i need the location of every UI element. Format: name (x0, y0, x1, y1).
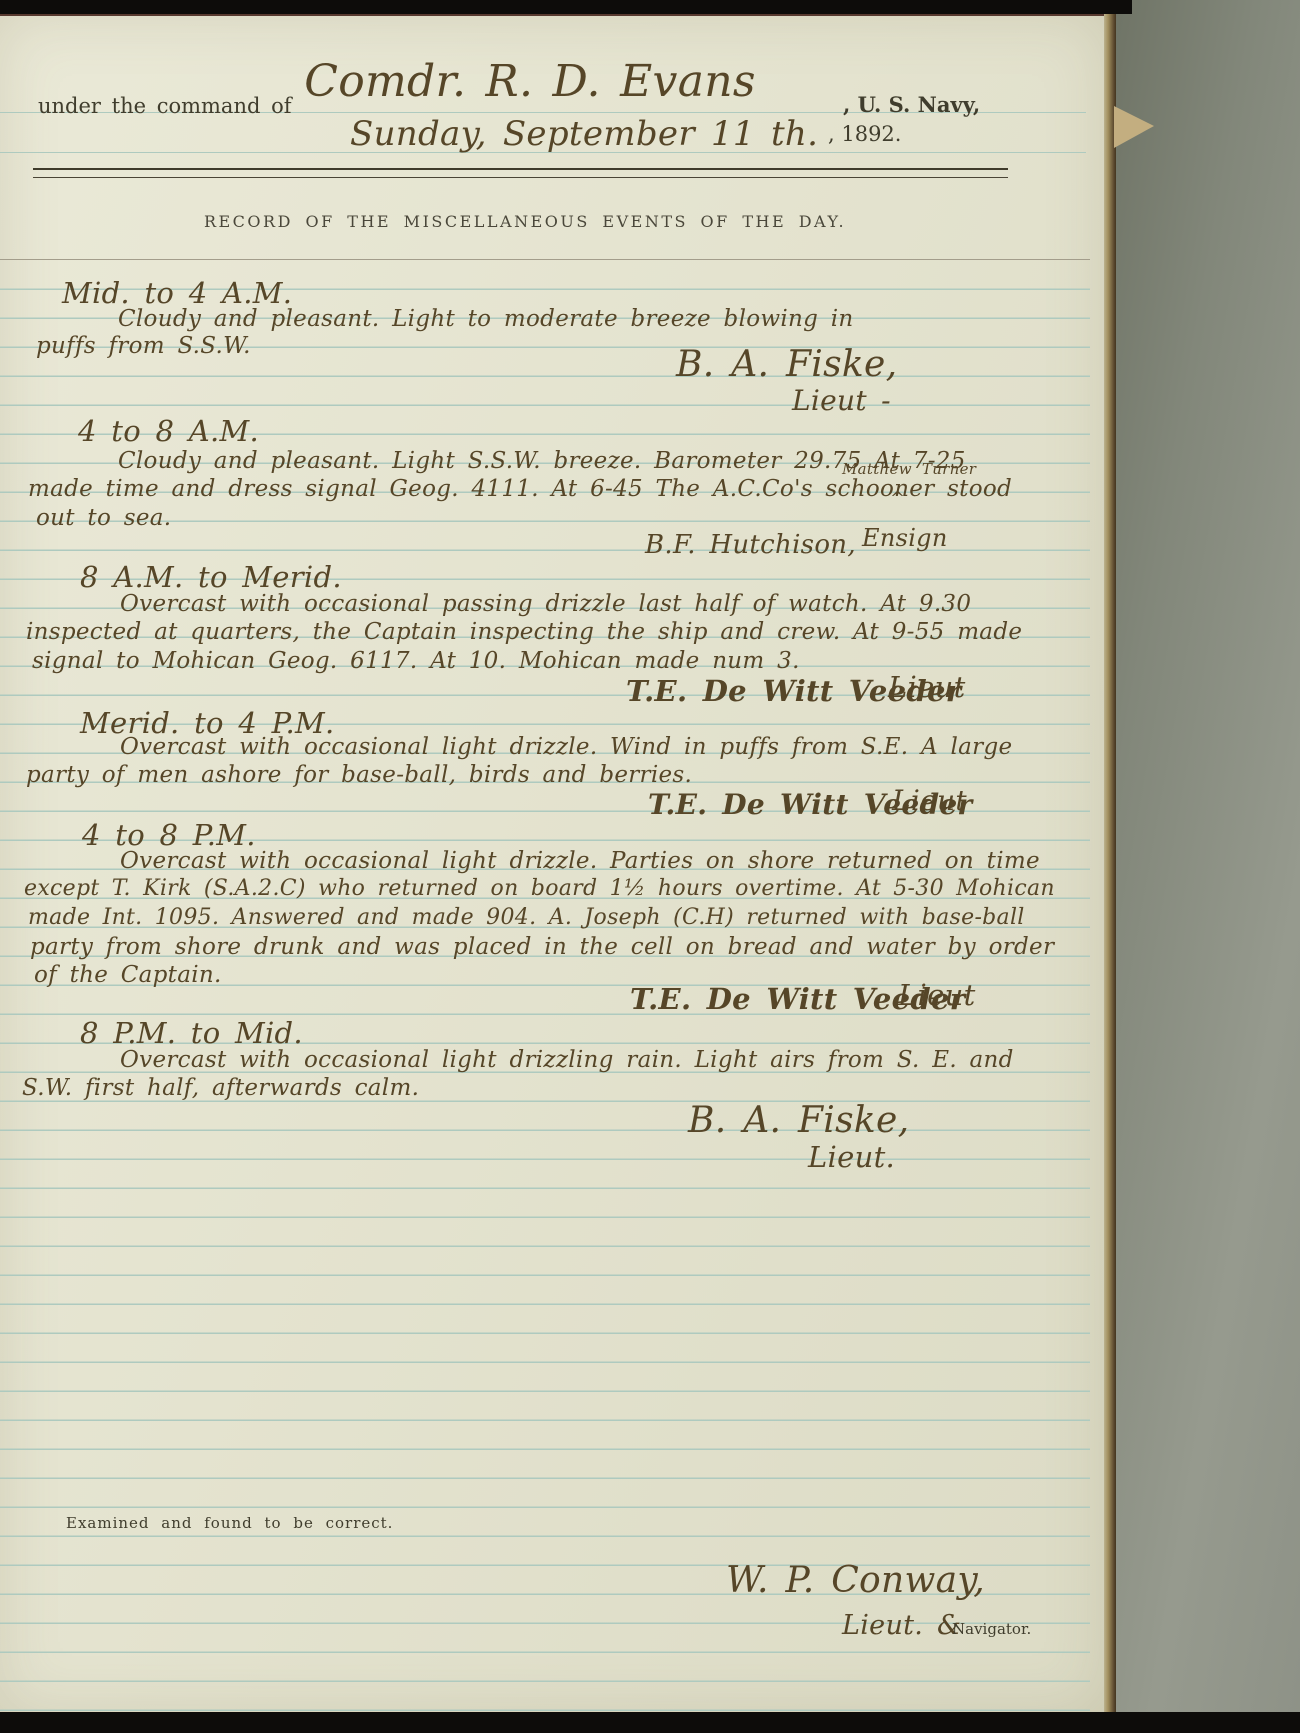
watch-heading: 8 A.M. to Merid. (80, 560, 342, 594)
entry-line: Cloudy and pleasant. Light to moderate b… (118, 306, 854, 332)
watch-heading: 8 P.M. to Mid. (80, 1016, 303, 1050)
entry-line: party from shore drunk and was placed in… (30, 934, 1054, 960)
inserted-ship-name: Matthew Turner (842, 460, 976, 478)
watch-heading: 4 to 8 A.M. (78, 414, 259, 448)
navigator-rank-printed: Navigator. (952, 1620, 1031, 1638)
entry-line: Overcast with occasional passing drizzle… (120, 591, 971, 617)
page-title: RECORD OF THE MISCELLANEOUS EVENTS OF TH… (0, 212, 1050, 231)
entry-line: S.W. first half, afterwards calm. (22, 1075, 419, 1101)
entry-line: except T. Kirk (S.A.2.C) who returned on… (24, 876, 1055, 901)
signature-rank: Lieut (888, 670, 966, 704)
navigator-signature: W. P. Conway, (726, 1560, 985, 1601)
entry-line: Overcast with occasional light drizzle. … (120, 848, 1040, 874)
top-rule (0, 259, 1090, 260)
signature-rank: Lieut. (808, 1140, 895, 1174)
bookmark-tab (1114, 106, 1154, 148)
watch-heading: 4 to 8 P.M. (82, 818, 256, 852)
entry-line: Overcast with occasional light drizzle. … (120, 734, 1012, 760)
commander-signature: Comdr. R. D. Evans (250, 56, 810, 107)
entry-line: inspected at quarters, the Captain inspe… (26, 619, 1022, 645)
signature-rank: Lieut (892, 784, 967, 817)
printed-us-navy: , U. S. Navy, (843, 92, 980, 117)
scan-top-strip (0, 0, 1132, 14)
scan-bottom-strip (0, 1712, 1300, 1733)
signature-rank: Ensign (862, 524, 948, 552)
examined-statement: Examined and found to be correct. (66, 1514, 393, 1532)
entry-line: signal to Mohican Geog. 6117. At 10. Moh… (32, 648, 800, 674)
entry-line: made time and dress signal Geog. 4111. A… (28, 476, 1012, 502)
navigator-rank-handwritten: Lieut. & (842, 1610, 961, 1641)
entry-line: Overcast with occasional light drizzling… (120, 1047, 1014, 1073)
entry-line: of the Captain. (34, 962, 222, 988)
signature: B. A. Fiske, (688, 1100, 909, 1141)
signature-rank: Lieut (898, 978, 976, 1012)
date-handwritten: Sunday, September 11 th. (350, 114, 790, 154)
caret-mark: ^ (890, 488, 905, 509)
signature-rank: Lieut - (792, 384, 891, 417)
entry-line: Cloudy and pleasant. Light S.S.W. breeze… (118, 448, 966, 474)
watch-heading: Mid. to 4 A.M. (62, 276, 292, 310)
entry-line: party of men ashore for base-ball, birds… (26, 762, 692, 788)
signature: B.F. Hutchison, (645, 530, 856, 560)
signature: B. A. Fiske, (676, 344, 897, 385)
entry-line: made Int. 1095. Answered and made 904. A… (28, 905, 1025, 930)
scanner-background (1108, 0, 1300, 1716)
logbook-scan: under the command of Comdr. R. D. Evans … (0, 0, 1300, 1733)
entry-line: puffs from S.S.W. (36, 333, 251, 359)
entry-line: out to sea. (36, 505, 171, 531)
printed-year: , 1892. (828, 122, 901, 146)
header-double-rule (33, 168, 1008, 178)
log-page: under the command of Comdr. R. D. Evans … (0, 14, 1104, 1714)
